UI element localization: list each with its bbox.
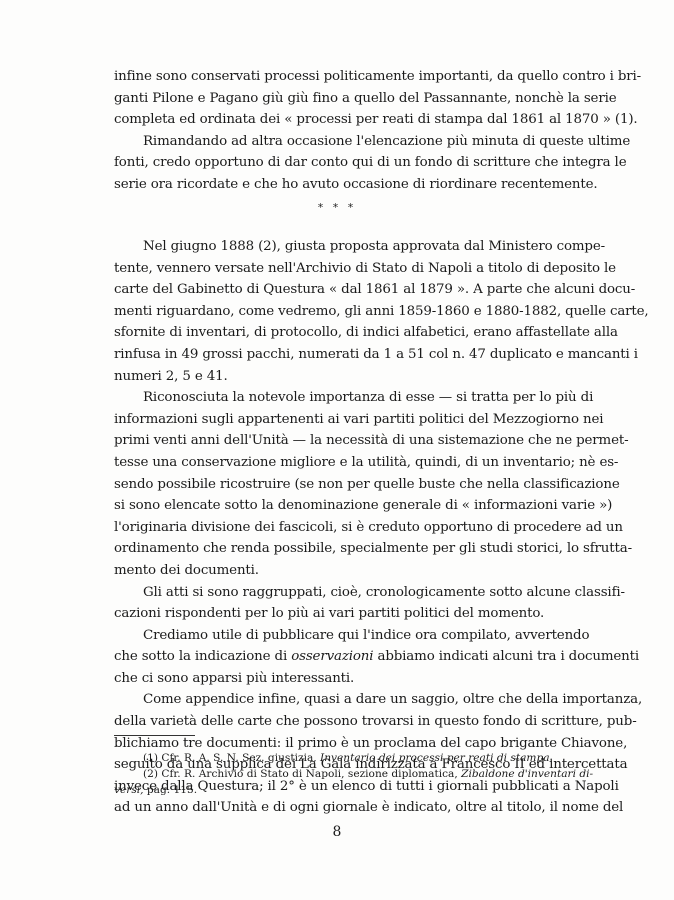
text-line: ordinamento che renda possibile, special…: [114, 538, 572, 560]
gli-atti-paragraph: Gli atti si sono raggruppati, cioè, cron…: [114, 582, 572, 625]
body-text-main: Nel giugno 1888 (2), giusta proposta app…: [114, 236, 572, 819]
text-line: ad un anno dall'Unità e di ogni giornale…: [114, 797, 572, 819]
text-line: Crediamo utile di pubblicare qui l'indic…: [114, 625, 572, 647]
text-line: Come appendice infine, quasi a dare un s…: [114, 689, 572, 711]
italic-term-osservazioni: osservazioni: [291, 649, 373, 664]
italic-title: versi,: [114, 784, 144, 796]
document-page: infine sono conservati processi politica…: [0, 0, 674, 900]
text-line: fonti, credo opportuno di dar conto qui …: [114, 152, 572, 174]
text-line: che sotto la indicazione di osservazioni…: [114, 646, 572, 668]
text-run: pag. 115.: [144, 784, 198, 796]
text-line: primi venti anni dell'Unità — la necessi…: [114, 430, 572, 452]
text-line: tente, vennero versate nell'Archivio di …: [114, 258, 572, 280]
text-line: ganti Pilone e Pagano giù giù fino a que…: [114, 88, 572, 110]
text-run: (1) Cfr. R. A. S. N. Sez. giustizia,: [143, 752, 320, 764]
text-line: infine sono conservati processi politica…: [114, 66, 572, 88]
text-line: si sono elencate sotto la denominazione …: [114, 495, 572, 517]
text-line: mento dei documenti.: [114, 560, 572, 582]
footnote-2-continued: versi, pag. 115.: [114, 782, 572, 798]
text-line: cazioni rispondenti per lo più ai vari p…: [114, 603, 572, 625]
text-line: che ci sono apparsi più interessanti.: [114, 668, 572, 690]
footnote-divider: [114, 735, 195, 736]
text-line: sfornite di inventari, di protocollo, di…: [114, 322, 572, 344]
italic-title: Inventario dei processi per reati di sta…: [320, 752, 553, 764]
text-run: abbiamo indicati alcuni tra i documenti: [373, 649, 639, 664]
footnotes: (1) Cfr. R. A. S. N. Sez. giustizia, Inv…: [114, 750, 572, 798]
footnote-1: (1) Cfr. R. A. S. N. Sez. giustizia, Inv…: [114, 750, 572, 766]
body-text-top: infine sono conservati processi politica…: [114, 66, 572, 196]
riconosciuta-paragraph: Riconosciuta la notevole importanza di e…: [114, 387, 572, 581]
text-line: sendo possibile ricostruire (se non per …: [114, 474, 572, 496]
footnote-2: (2) Cfr. R. Archivio di Stato di Napoli,…: [114, 766, 572, 782]
text-line: della varietà delle carte che possono tr…: [114, 711, 572, 733]
text-line: informazioni sugli appartenenti ai vari …: [114, 409, 572, 431]
text-line: l'originaria divisione dei fascicoli, si…: [114, 517, 572, 539]
text-line: Gli atti si sono raggruppati, cioè, cron…: [114, 582, 572, 604]
italic-title: Zibaldone d'inventari di-: [461, 768, 593, 780]
text-line: Rimandando ad altra occasione l'elencazi…: [114, 131, 572, 153]
crediamo-paragraph: Crediamo utile di pubblicare qui l'indic…: [114, 625, 572, 690]
page-number: 8: [0, 824, 674, 840]
text-line: completa ed ordinata dei « processi per …: [114, 109, 572, 131]
section-break: * * *: [0, 201, 674, 214]
text-line: numeri 2, 5 e 41.: [114, 366, 572, 388]
text-line: serie ora ricordate e che ho avuto occas…: [114, 174, 572, 196]
text-line: rinfusa in 49 grossi pacchi, numerati da…: [114, 344, 572, 366]
text-line: menti riguardano, come vedremo, gli anni…: [114, 301, 572, 323]
text-line: carte del Gabinetto di Questura « dal 18…: [114, 279, 572, 301]
text-line: tesse una conservazione migliore e la ut…: [114, 452, 572, 474]
intro-paragraph: infine sono conservati processi politica…: [114, 66, 572, 131]
text-run: che sotto la indicazione di: [114, 649, 291, 664]
text-line: Riconosciuta la notevole importanza di e…: [114, 387, 572, 409]
rimandando-paragraph: Rimandando ad altra occasione l'elencazi…: [114, 131, 572, 196]
nel-giugno-paragraph: Nel giugno 1888 (2), giusta proposta app…: [114, 236, 572, 387]
text-line: Nel giugno 1888 (2), giusta proposta app…: [114, 236, 572, 258]
text-run: (2) Cfr. R. Archivio di Stato di Napoli,…: [143, 768, 461, 780]
